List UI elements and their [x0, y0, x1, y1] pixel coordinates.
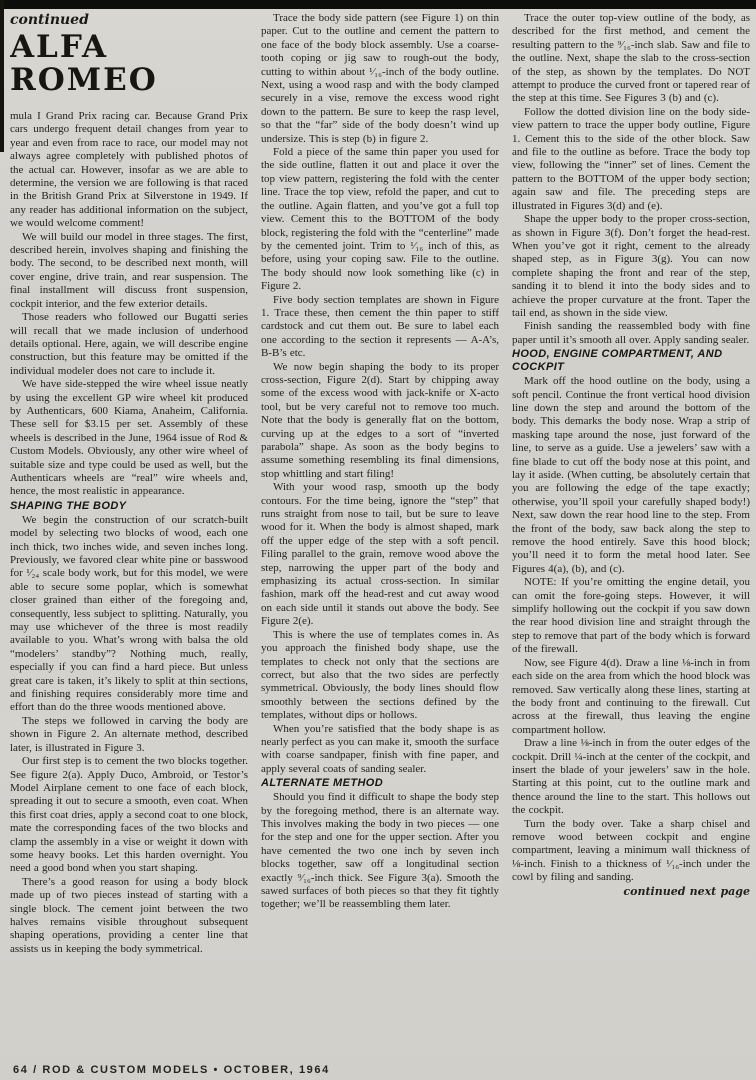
- paragraph: When you’re satisfied that the body shap…: [261, 723, 499, 777]
- section-heading-shaping-the-body: SHAPING THE BODY: [10, 500, 248, 513]
- article-title: ALFA ROMEO: [10, 31, 248, 97]
- paragraph: We now begin shaping the body to its pro…: [261, 361, 499, 482]
- page-left-border: [0, 0, 4, 152]
- paragraph: There’s a good reason for using a body b…: [10, 876, 248, 956]
- paragraph-text: Turn the body over. Take a sharp chisel …: [512, 818, 750, 884]
- paragraph: We begin the construction of our scratch…: [10, 514, 248, 715]
- paragraph: Turn the body over. Take a sharp chisel …: [512, 818, 750, 885]
- continued-label: continued: [10, 12, 248, 28]
- section-heading-hood-engine-cockpit: HOOD, ENGINE COMPARTMENT, AND COCKPIT: [512, 348, 750, 374]
- paragraph: mula I Grand Prix racing car. Because Gr…: [10, 110, 248, 231]
- paragraph: NOTE: If you’re omitting the engine deta…: [512, 576, 750, 656]
- column-3: Trace the outer top-view outline of the …: [512, 12, 750, 1052]
- paragraph: We have side-stepped the wire wheel issu…: [10, 378, 248, 499]
- paragraph: Those readers who followed our Bugatti s…: [10, 311, 248, 378]
- paragraph: With your wood rasp, smooth up the body …: [261, 481, 499, 628]
- column-1: continued ALFA ROMEO mula I Grand Prix r…: [10, 12, 248, 1052]
- paragraph: Five body section templates are shown in…: [261, 294, 499, 361]
- paragraph: Follow the dotted division line on the b…: [512, 106, 750, 213]
- paragraph: Shape the upper body to the proper cross…: [512, 213, 750, 320]
- paragraph: Now, see Figure 4(d). Draw a line ⅛-inch…: [512, 657, 750, 737]
- section-heading-alternate-method: ALTERNATE METHOD: [261, 777, 499, 790]
- paragraph: The steps we followed in carving the bod…: [10, 715, 248, 755]
- article-body: continued ALFA ROMEO mula I Grand Prix r…: [10, 12, 750, 1052]
- paragraph: Our first step is to cement the two bloc…: [10, 755, 248, 876]
- paragraph: Fold a piece of the same thin paper you …: [261, 146, 499, 293]
- continued-next-page-label: continued next page: [611, 885, 750, 898]
- paragraph: Trace the outer top-view outline of the …: [512, 12, 750, 106]
- paragraph: Mark off the hood outline on the body, u…: [512, 375, 750, 576]
- page-top-border: [0, 0, 756, 9]
- paragraph: Finish sanding the reassembled body with…: [512, 320, 750, 347]
- paragraph: We will build our model in three stages.…: [10, 231, 248, 311]
- paragraph: Should you find it difficult to shape th…: [261, 791, 499, 912]
- column-2: Trace the body side pattern (see Figure …: [261, 12, 499, 1052]
- paragraph: This is where the use of templates comes…: [261, 629, 499, 723]
- page-footer-folio: 64 / ROD & CUSTOM MODELS • OCTOBER, 1964: [13, 1064, 330, 1076]
- paragraph: Trace the body side pattern (see Figure …: [261, 12, 499, 146]
- paragraph: Draw a line ⅛-inch in from the outer edg…: [512, 737, 750, 817]
